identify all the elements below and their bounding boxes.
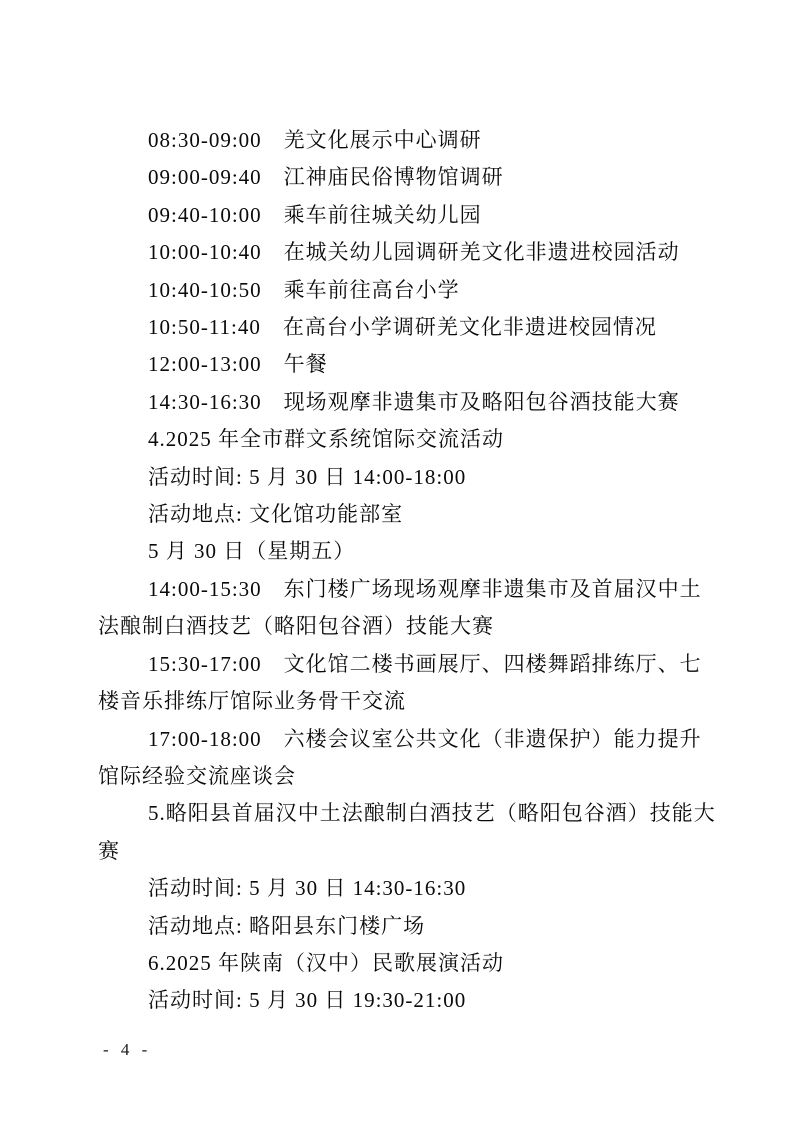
section-title-wrap: 赛 xyxy=(98,833,718,870)
schedule-line: 10:40-10:50 乘车前往高台小学 xyxy=(98,272,718,309)
page-number: - 4 - xyxy=(103,1038,151,1062)
schedule-line-wrap: 馆际经验交流座谈会 xyxy=(98,758,718,795)
schedule-line: 09:00-09:40 江神庙民俗博物馆调研 xyxy=(98,159,718,196)
schedule-text-block: 08:30-09:00 羌文化展示中心调研 09:00-09:40 江神庙民俗博… xyxy=(98,122,718,1020)
schedule-line-wrap: 法酿制白酒技艺（略阳包谷酒）技能大赛 xyxy=(98,608,718,645)
document-page: 08:30-09:00 羌文化展示中心调研 09:00-09:40 江神庙民俗博… xyxy=(0,0,793,1122)
event-location-line: 活动地点: 文化馆功能部室 xyxy=(98,496,718,533)
section-title-line: 5.略阳县首届汉中土法酿制白酒技艺（略阳包谷酒）技能大 xyxy=(98,795,718,832)
date-line: 5 月 30 日（星期五） xyxy=(98,533,718,570)
event-time-line: 活动时间: 5 月 30 日 19:30-21:00 xyxy=(98,982,718,1019)
section-title-line: 4.2025 年全市群文系统馆际交流活动 xyxy=(98,421,718,458)
section-title-line: 6.2025 年陕南（汉中）民歌展演活动 xyxy=(98,945,718,982)
event-location-line: 活动地点: 略阳县东门楼广场 xyxy=(98,908,718,945)
schedule-line-wrap: 楼音乐排练厅馆际业务骨干交流 xyxy=(98,683,718,720)
schedule-line: 09:40-10:00 乘车前往城关幼儿园 xyxy=(98,197,718,234)
schedule-line: 10:00-10:40 在城关幼儿园调研羌文化非遗进校园活动 xyxy=(98,234,718,271)
schedule-line: 10:50-11:40 在高台小学调研羌文化非遗进校园情况 xyxy=(98,309,718,346)
schedule-line: 17:00-18:00 六楼会议室公共文化（非遗保护）能力提升 xyxy=(98,721,718,758)
event-time-line: 活动时间: 5 月 30 日 14:30-16:30 xyxy=(98,870,718,907)
schedule-line: 14:00-15:30 东门楼广场现场观摩非遗集市及首届汉中土 xyxy=(98,571,718,608)
schedule-line: 14:30-16:30 现场观摩非遗集市及略阳包谷酒技能大赛 xyxy=(98,384,718,421)
event-time-line: 活动时间: 5 月 30 日 14:00-18:00 xyxy=(98,459,718,496)
schedule-line: 12:00-13:00 午餐 xyxy=(98,346,718,383)
schedule-line: 08:30-09:00 羌文化展示中心调研 xyxy=(98,122,718,159)
schedule-line: 15:30-17:00 文化馆二楼书画展厅、四楼舞蹈排练厅、七 xyxy=(98,646,718,683)
